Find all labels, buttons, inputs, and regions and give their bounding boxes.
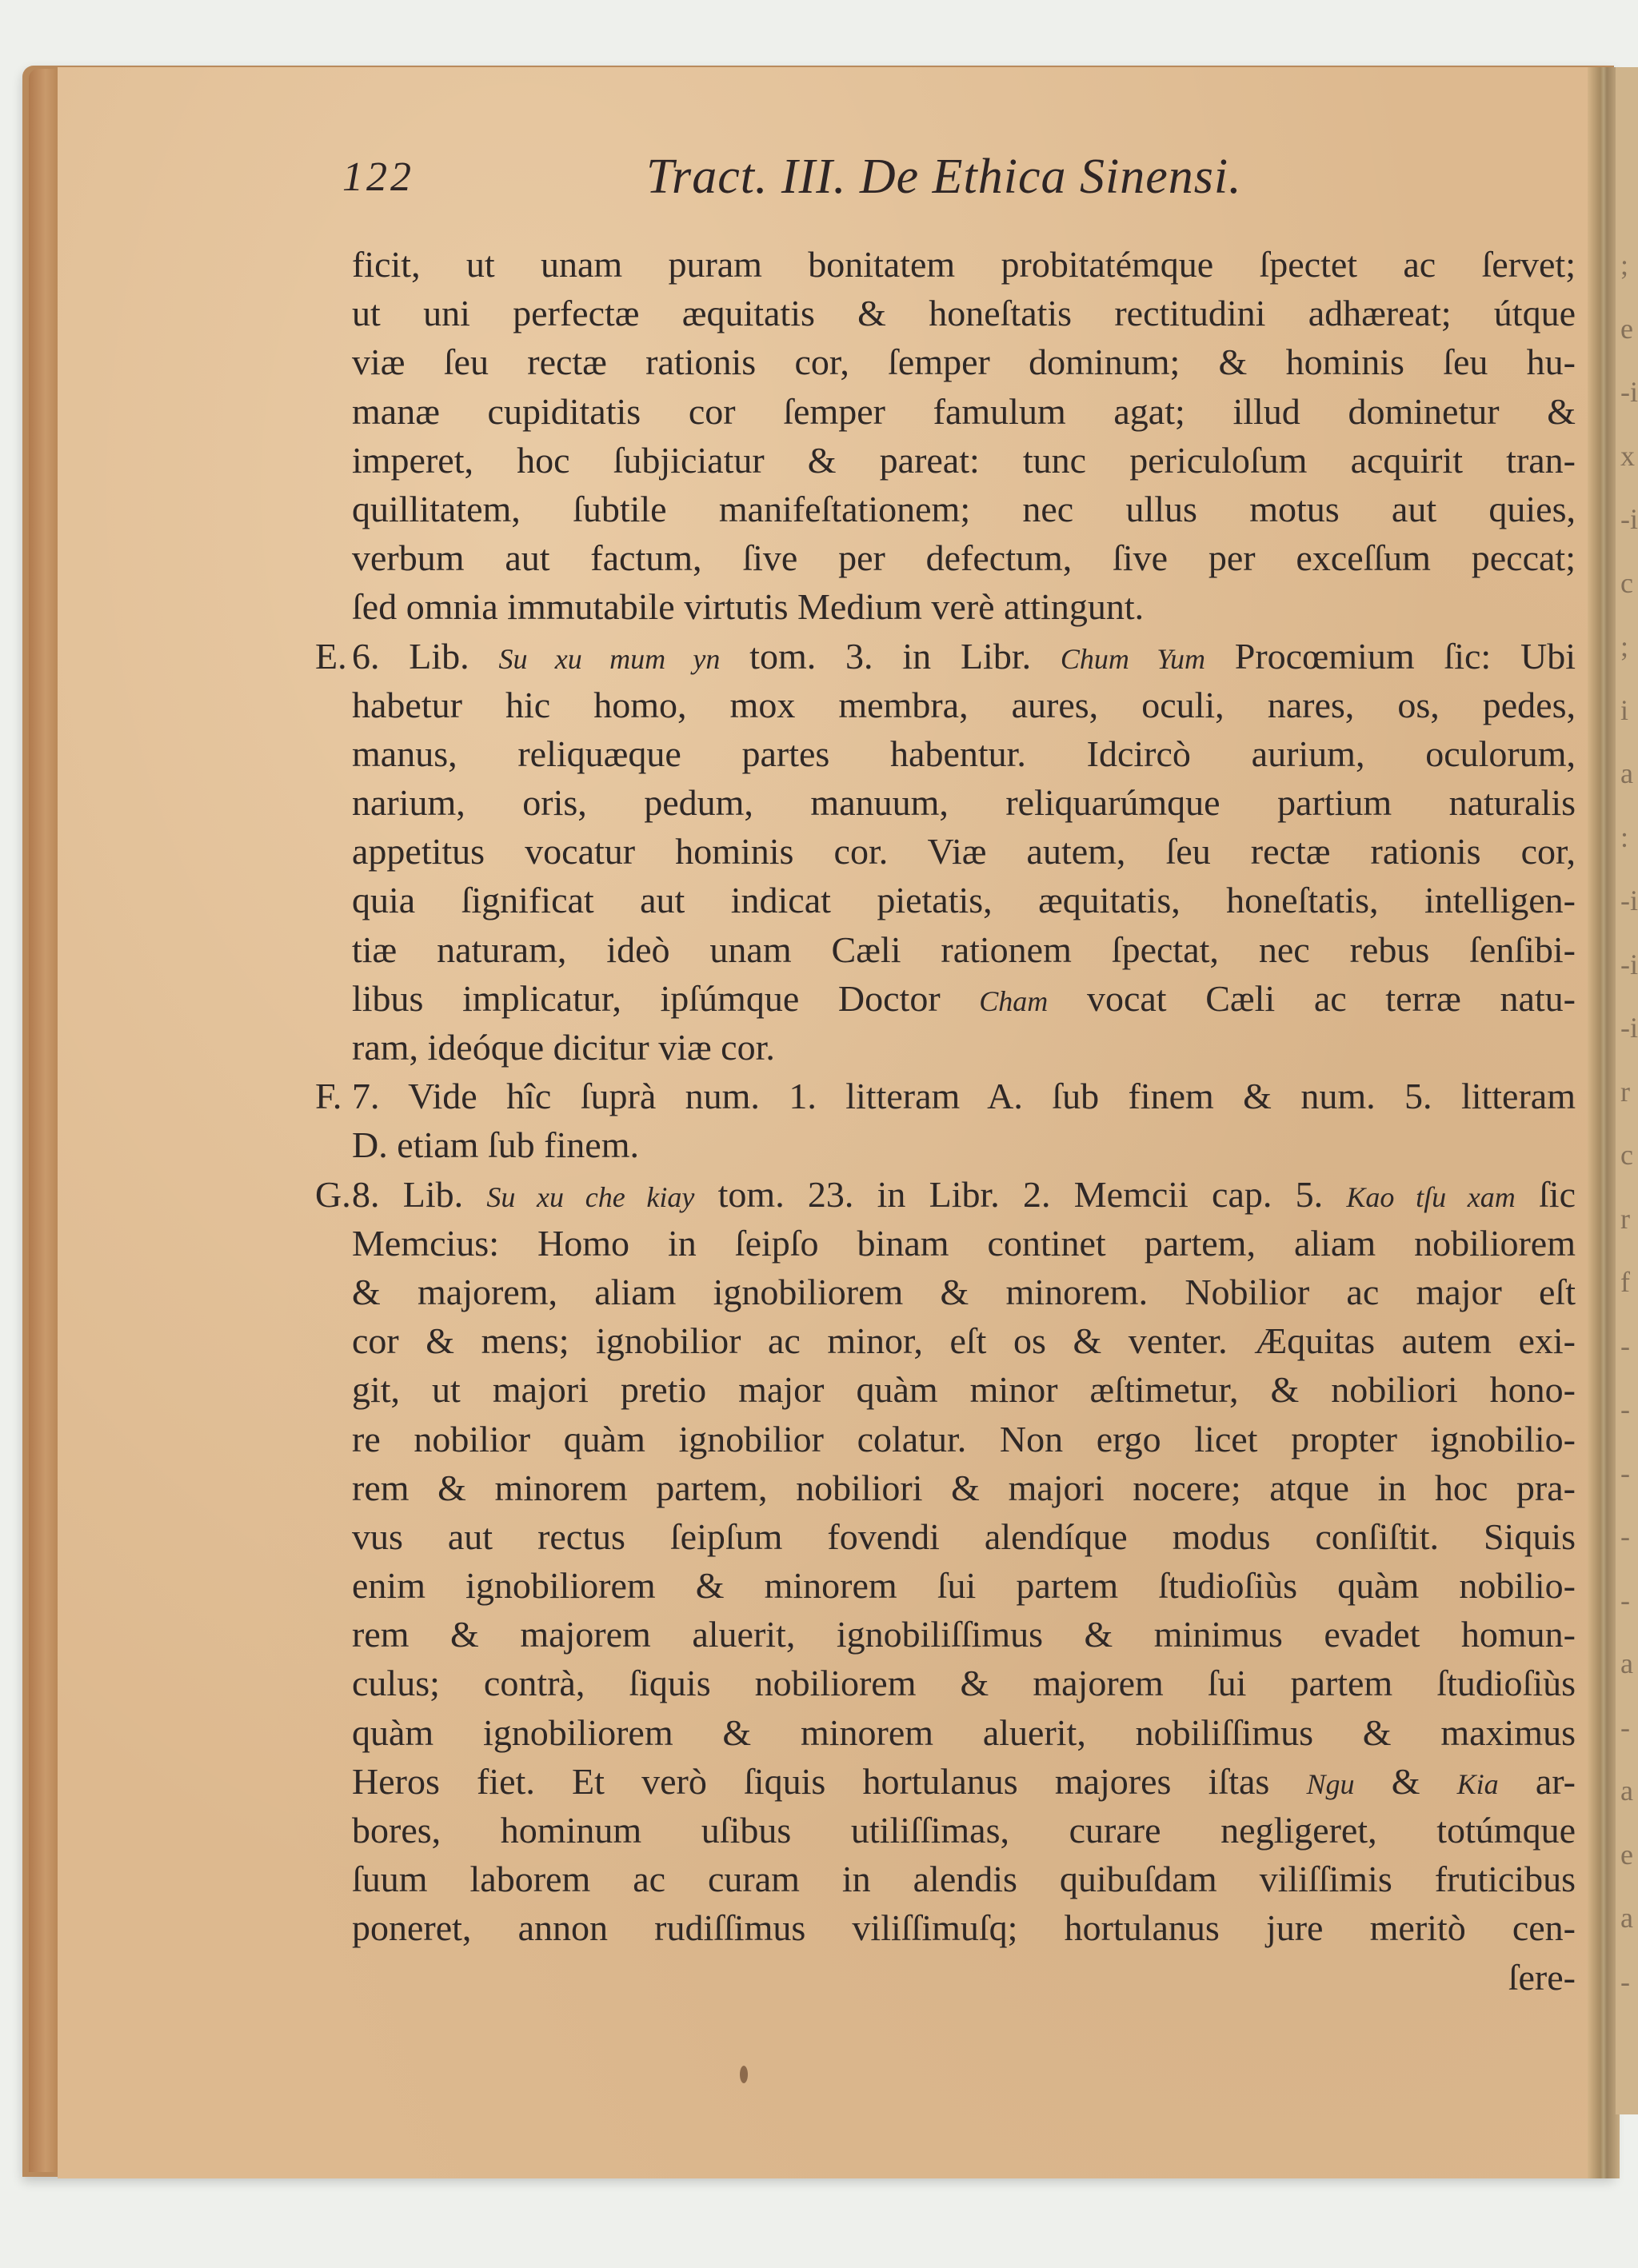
page-number: 122: [342, 154, 414, 201]
text-line: manus, reliquæque partes habentur. Idcir…: [352, 729, 1576, 778]
text-line: Heros fiet. Et verò ſiquis hortulanus ma…: [352, 1757, 1576, 1806]
chinese-title: Su xu mum yn: [499, 643, 721, 675]
facing-page-fragment: -: [1620, 1583, 1638, 1617]
text-line: imperet, hoc ſubjiciatur & pareat: tunc …: [352, 436, 1576, 485]
text-line: ſuum laborem ac curam in alendis quibuſd…: [352, 1855, 1576, 1903]
text-line: habetur hic homo, mox membra, aures, ocu…: [352, 681, 1576, 729]
facing-page-fragment: :: [1620, 821, 1638, 854]
note-f-first-line: F.7. Vide hîc ſuprà num. 1. litteram A. …: [352, 1072, 1576, 1120]
facing-page-fragment: -i: [1620, 375, 1638, 409]
catchword: ſere-: [352, 1953, 1576, 2002]
text-line: manæ cupiditatis cor ſemper famulum agat…: [352, 387, 1576, 436]
text-line: D. etiam ſub finem.: [352, 1120, 1576, 1169]
text-line: viæ ſeu rectæ rationis cor, ſemper domin…: [352, 337, 1576, 386]
text-line: libus implicatur, ipſúmque Doctor Cham v…: [352, 974, 1576, 1023]
chinese-title: Kao tſu xam: [1346, 1181, 1515, 1213]
chinese-name: Ngu: [1306, 1768, 1354, 1800]
facing-page-fragment: -i: [1620, 884, 1638, 917]
facing-page-fragment: -: [1620, 1392, 1638, 1426]
note-marker-f: F.: [315, 1072, 342, 1120]
facing-page-fragment: ;: [1620, 629, 1638, 663]
text-line: ram, ideóque dicitur viæ cor.: [352, 1023, 1576, 1072]
text-line: quàm ignobiliorem & minorem aluerit, nob…: [352, 1708, 1576, 1757]
note-e-first-line: E.6. Lib. Su xu mum yn tom. 3. in Libr. …: [352, 632, 1576, 681]
text-line: culus; contrà, ſiquis nobiliorem & major…: [352, 1659, 1576, 1707]
facing-page-fragment: a: [1620, 757, 1638, 790]
note-g-first-line: G.8. Lib. Su xu che kiay tom. 23. in Lib…: [352, 1170, 1576, 1219]
facing-page-fragment: -: [1620, 1329, 1638, 1363]
facing-page-fragment: a: [1620, 1774, 1638, 1807]
facing-page-fragment: e: [1620, 312, 1638, 345]
text-line: ut uni perfectæ æquitatis & honeſtatis r…: [352, 289, 1576, 337]
facing-page-fragment: -: [1620, 1711, 1638, 1744]
text-line: vus aut rectus ſeipſum fovendi alendíque…: [352, 1512, 1576, 1561]
chinese-title: Su xu che kiay: [486, 1181, 694, 1213]
page-body: ficit, ut unam puram bonitatem probitaté…: [352, 240, 1576, 2002]
note-marker-g: G.: [315, 1170, 351, 1219]
facing-page-fragment: r: [1620, 1202, 1638, 1236]
ink-spot: [740, 2066, 748, 2083]
chinese-name: Kia: [1457, 1768, 1499, 1800]
text-line: git, ut majori pretio major quàm minor æ…: [352, 1365, 1576, 1414]
text-line: appetitus vocatur hominis cor. Viæ autem…: [352, 827, 1576, 876]
text-line: ſed omnia immutabile virtutis Medium ver…: [352, 582, 1576, 631]
text-line: bores, hominum uſibus utiliſſimas, curar…: [352, 1806, 1576, 1855]
book-gutter: [1588, 67, 1620, 2178]
text-line: tiæ naturam, ideò unam Cæli rationem ſpe…: [352, 925, 1576, 974]
facing-page-fragment: -i: [1620, 502, 1638, 536]
text-line: re nobilior quàm ignobilior colatur. Non…: [352, 1415, 1576, 1463]
facing-page-fragment: e: [1620, 1838, 1638, 1871]
chinese-name: Cham: [979, 985, 1048, 1017]
text-line: narium, oris, pedum, manuum, reliquarúmq…: [352, 778, 1576, 827]
running-title: Tract. III. De Ethica Sinensi.: [646, 149, 1242, 206]
facing-page-fragment: c: [1620, 566, 1638, 600]
text-line: cor & mens; ignobilior ac minor, eſt os …: [352, 1316, 1576, 1365]
facing-page-fragment: -: [1620, 1965, 1638, 1998]
page-header: 122 Tract. III. De Ethica Sinensi.: [342, 149, 1590, 213]
text-line: verbum aut factum, ſive per defectum, ſi…: [352, 533, 1576, 582]
text-line: quillitatem, ſubtile manifeſtationem; ne…: [352, 485, 1576, 533]
note-marker-e: E.: [315, 632, 347, 681]
facing-page-fragment: ;: [1620, 248, 1638, 282]
chinese-title: Chum Yum: [1061, 643, 1205, 675]
text-line: rem & minorem partem, nobiliori & majori…: [352, 1463, 1576, 1512]
text-line: enim ignobiliorem & minorem ſui partem ſ…: [352, 1561, 1576, 1610]
facing-page-fragment: c: [1620, 1138, 1638, 1172]
facing-page-fragment: a: [1620, 1901, 1638, 1935]
facing-page-fragment: -: [1620, 1519, 1638, 1553]
facing-page-fragment: r: [1620, 1075, 1638, 1108]
text-line: quia ſignificat aut indicat pietatis, æq…: [352, 876, 1576, 924]
facing-page-fragment: a: [1620, 1647, 1638, 1680]
facing-page-fragment: f: [1620, 1265, 1638, 1299]
text-line: & majorem, aliam ignobiliorem & minorem.…: [352, 1268, 1576, 1316]
facing-page-fragment: -: [1620, 1456, 1638, 1490]
text-line: poneret, annon rudiſſimus viliſſimuſq; h…: [352, 1903, 1576, 1952]
text-line: ficit, ut unam puram bonitatem probitaté…: [352, 240, 1576, 289]
facing-page-fragment: -i: [1620, 1011, 1638, 1044]
text-line: Memcius: Homo in ſeipſo binam continet p…: [352, 1219, 1576, 1268]
facing-page-fragment: i: [1620, 693, 1638, 727]
facing-page-fragment: -i: [1620, 948, 1638, 981]
text-line: rem & majorem aluerit, ignobiliſſimus & …: [352, 1610, 1576, 1659]
facing-page-fragment: x: [1620, 439, 1638, 473]
